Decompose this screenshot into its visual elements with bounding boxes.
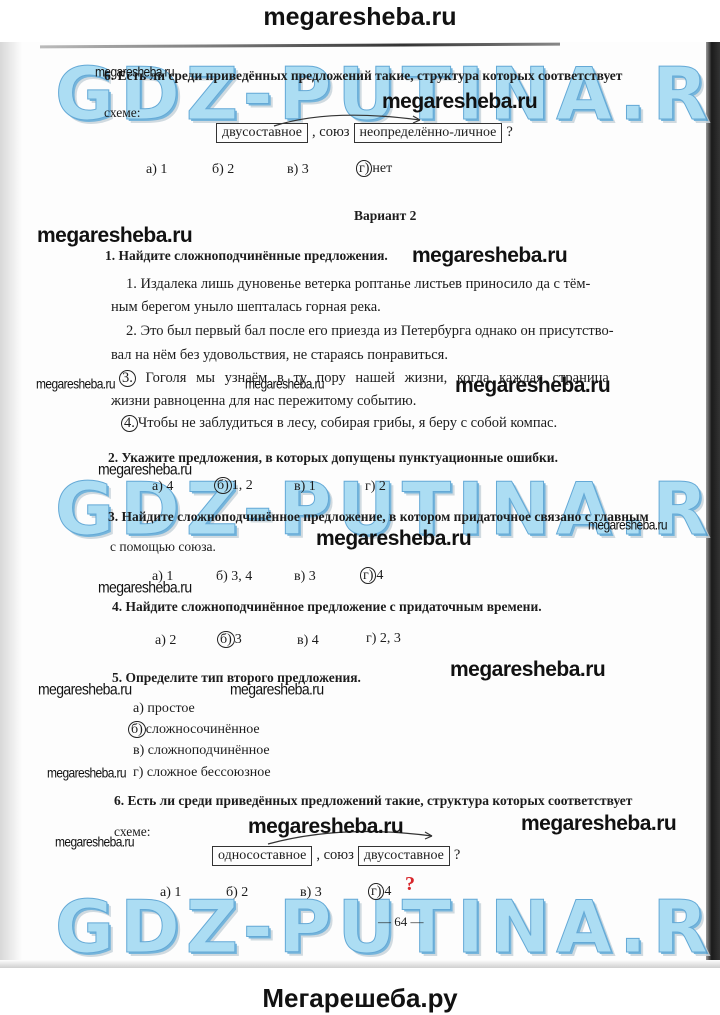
task4-option-a[interactable]: а) 2 xyxy=(155,633,176,649)
watermark-site: megaresheba.ru xyxy=(245,376,324,392)
task4-option-d[interactable]: г) 2, 3 xyxy=(366,631,401,647)
watermark-site: megaresheba.ru xyxy=(521,812,676,836)
task1-sentence-4-selected: 4.Чтобы не заблудиться в лесу, собирая г… xyxy=(121,415,557,432)
task5-option-d[interactable]: г) сложное бессоюзное xyxy=(133,765,271,781)
answer-circle: г) xyxy=(360,567,376,584)
task1-sentence-3-cont: жизни равноценна для нас пережитому собы… xyxy=(111,393,416,410)
question-mark-icon: ? xyxy=(405,873,415,896)
scheme-box: односоставное xyxy=(212,846,312,866)
answer-circle: б) xyxy=(214,477,232,494)
task3-question: 3. Найдите сложноподчинённое предложение… xyxy=(108,509,649,525)
prev-task6-question-2: схеме: xyxy=(104,105,141,121)
task6-question: 6. Есть ли среди приведённых предложений… xyxy=(114,793,632,809)
task1-question: 1. Найдите сложноподчинённые предложения… xyxy=(105,248,388,264)
watermark-site: megaresheba.ru xyxy=(95,64,174,80)
scheme-question: ? xyxy=(506,124,512,140)
watermark-site: megaresheba.ru xyxy=(98,460,192,478)
prev-task6-question: 6. Есть ли среди приведённых предложений… xyxy=(104,68,622,84)
watermark-site: megaresheba.ru xyxy=(37,224,192,248)
prev-task6-option-d-selected[interactable]: г)нет xyxy=(356,160,392,177)
task5-option-a[interactable]: а) простое xyxy=(133,701,195,717)
watermark-site: megaresheba.ru xyxy=(412,244,567,268)
prev-task6-option-b[interactable]: б) 2 xyxy=(212,162,234,178)
watermark-site: megaresheba.ru xyxy=(55,834,134,850)
task3-option-d-selected[interactable]: г)4 xyxy=(360,567,383,584)
task4-option-c[interactable]: в) 4 xyxy=(297,633,319,649)
task1-sentence-2-cont: вал на нём без удовольствия, не стараясь… xyxy=(111,347,448,364)
site-banner-bottom[interactable]: Мегарешеба.ру xyxy=(0,968,720,1015)
task2-option-a[interactable]: а) 4 xyxy=(152,479,173,495)
watermark-site: megaresheba.ru xyxy=(230,680,324,698)
page-left-edge xyxy=(0,42,22,968)
watermark-site: megaresheba.ru xyxy=(248,815,403,839)
task6-option-b[interactable]: б) 2 xyxy=(226,885,248,901)
answer-circle: 4. xyxy=(121,415,138,432)
watermark-site: megaresheba.ru xyxy=(38,680,132,698)
watermark-site: megaresheba.ru xyxy=(36,376,115,392)
task1-sentence-2: 2. Это был первый бал после его приезда … xyxy=(126,323,614,340)
watermark-site: megaresheba.ru xyxy=(382,90,537,114)
scheme-question: ? xyxy=(454,847,460,863)
task2-option-b-selected[interactable]: б)1, 2 xyxy=(214,477,253,494)
answer-circle: 3. xyxy=(119,370,136,387)
answer-circle: г) xyxy=(356,160,372,177)
task6-option-d-selected[interactable]: г)4 xyxy=(368,883,391,900)
watermark-site: megaresheba.ru xyxy=(47,765,126,781)
task3-question-2: с помощью союза. xyxy=(110,539,216,555)
watermark-site: megaresheba.ru xyxy=(588,517,667,533)
page-number: — 64 — xyxy=(378,914,424,930)
answer-circle: б) xyxy=(217,631,235,648)
task3-option-c[interactable]: в) 3 xyxy=(294,569,316,585)
answer-circle: б) xyxy=(128,721,146,738)
watermark-site: megaresheba.ru xyxy=(316,527,471,551)
watermark-site: megaresheba.ru xyxy=(450,658,605,682)
scheme-box: двусоставное xyxy=(216,123,308,143)
watermark-site: megaresheba.ru xyxy=(98,578,192,596)
task2-option-c[interactable]: в) 1 xyxy=(294,479,316,495)
scheme-conjunction: , союз xyxy=(312,124,350,140)
watermark-site: megaresheba.ru xyxy=(455,374,610,398)
prev-task6-option-c[interactable]: в) 3 xyxy=(287,162,309,178)
textbook-page: GDZ-PUTINA.RU GDZ-PUTINA.RU GDZ-PUTINA.R… xyxy=(0,42,720,968)
task5-option-c[interactable]: в) сложноподчинённое xyxy=(133,743,270,759)
prev-task6-scheme: двусоставное , союз неопределённо-личное… xyxy=(216,123,513,143)
scheme-box: неопределённо-личное xyxy=(354,123,503,143)
task1-sentence-1: 1. Издалека лишь дуновенье ветерка ропта… xyxy=(126,276,590,293)
task4-option-b-selected[interactable]: б)3 xyxy=(217,631,242,648)
task6-option-c[interactable]: в) 3 xyxy=(300,885,322,901)
task3-option-b[interactable]: б) 3, 4 xyxy=(216,569,252,585)
task4-question: 4. Найдите сложноподчинённое предложение… xyxy=(112,599,542,615)
variant-title: Вариант 2 xyxy=(354,208,416,224)
scheme-conjunction: , союз xyxy=(316,847,354,863)
site-banner-top[interactable]: megaresheba.ru xyxy=(0,0,720,42)
task6-option-a[interactable]: а) 1 xyxy=(160,885,181,901)
task2-option-d[interactable]: г) 2 xyxy=(365,479,386,495)
task6-scheme: односоставное , союз двусоставное ? xyxy=(212,846,460,866)
answer-circle: г) xyxy=(368,883,384,900)
top-rule xyxy=(40,43,560,49)
task1-sentence-1-cont: ным берегом уныло шепталась горная река. xyxy=(111,299,381,316)
scheme-box: двусоставное xyxy=(358,846,450,866)
task5-option-b-selected[interactable]: б)сложносочинённое xyxy=(128,721,260,738)
prev-task6-option-a[interactable]: а) 1 xyxy=(146,162,167,178)
